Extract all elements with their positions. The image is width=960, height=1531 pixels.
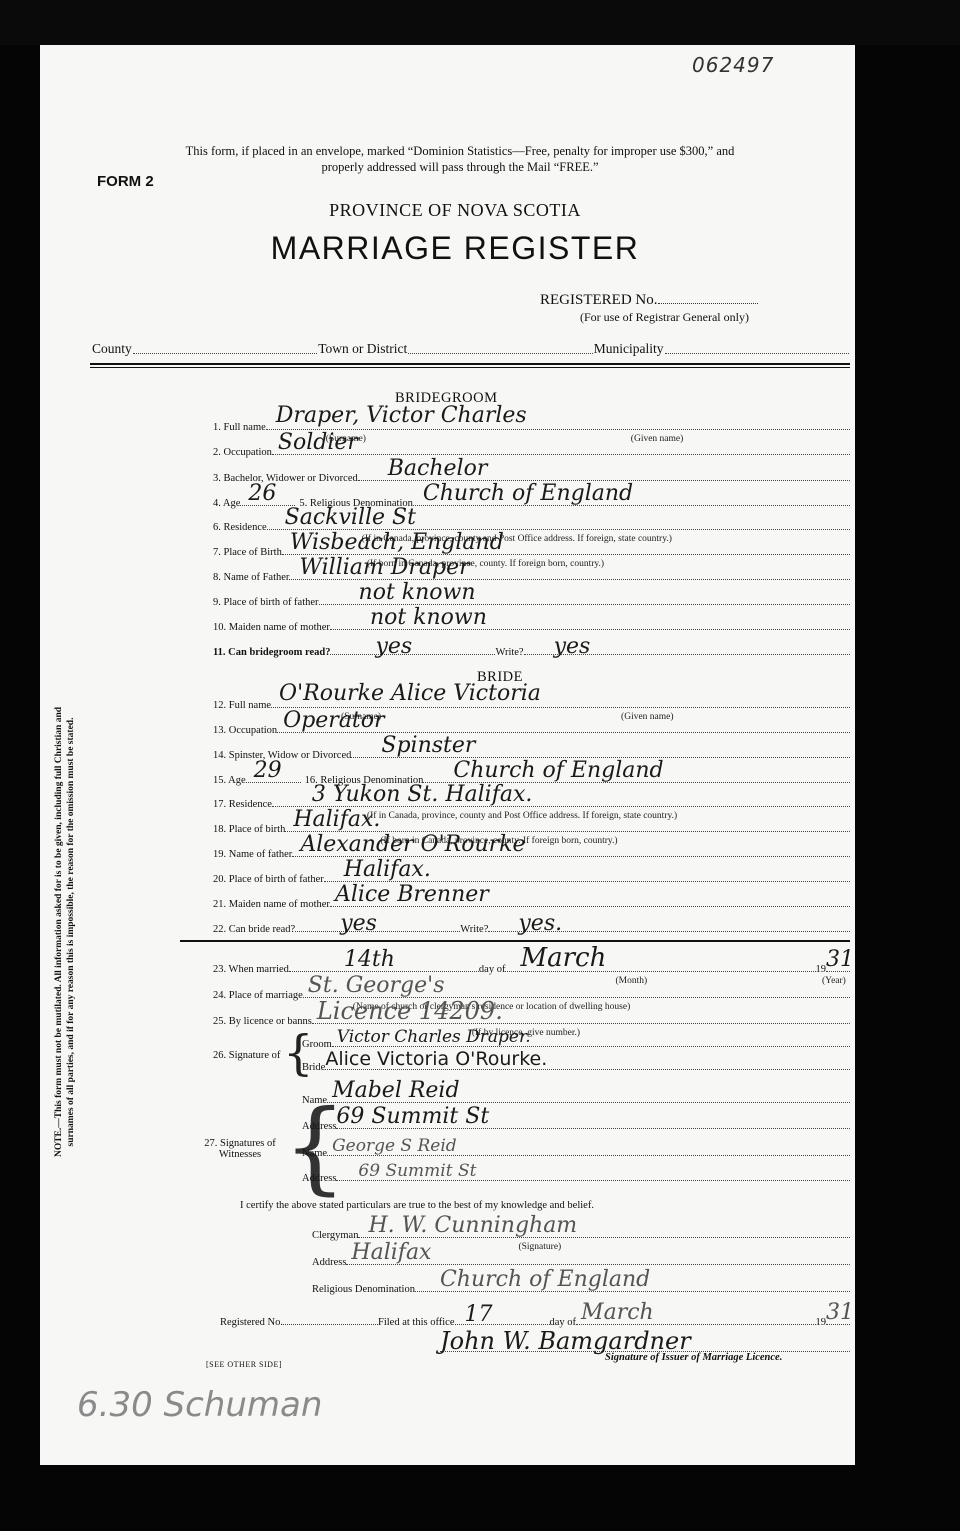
clergyman-signature-value: H. W. Cunningham xyxy=(368,1215,577,1237)
mail-notice-line1: This form, if placed in an envelope, mar… xyxy=(140,143,780,159)
groom-write-value: yes xyxy=(554,636,591,658)
groom-religion-blank[interactable]: Church of England xyxy=(413,505,850,506)
bride-status-value: Spinster xyxy=(381,735,475,757)
marriage-year-value: 31 xyxy=(826,949,854,971)
field-label: Address xyxy=(312,1257,346,1268)
clergyman-denomination-blank[interactable]: Church of England xyxy=(415,1291,850,1292)
filed-day-blank[interactable]: 17 xyxy=(455,1324,550,1325)
field-bride-occupation: 13. Occupation Operator xyxy=(213,718,850,736)
field-label: 4. Age xyxy=(213,498,240,509)
field-bride-literacy: 22. Can bride read? yes Write? yes. xyxy=(213,917,850,935)
field-label: 17. Residence xyxy=(213,799,272,810)
year-prefix: 19 xyxy=(816,1317,827,1328)
field-label: 24. Place of marriage xyxy=(213,990,303,1001)
field-clergyman-address: Address Halifax xyxy=(312,1250,850,1268)
filing-registered-blank[interactable] xyxy=(283,1324,378,1325)
witnesses-label-line1: 27. Signatures of xyxy=(190,1138,290,1149)
field-label: Name xyxy=(302,1148,327,1159)
bride-read-blank[interactable]: yes xyxy=(295,931,460,932)
registered-number-note: (For use of Registrar General only) xyxy=(580,310,749,325)
field-label: Bride xyxy=(302,1062,325,1073)
groom-occupation-blank[interactable]: Soldier xyxy=(272,454,850,455)
bride-write-value: yes. xyxy=(518,913,562,935)
field-label: 3. Bachelor, Widower or Divorced xyxy=(213,473,358,484)
field-label: Address xyxy=(302,1121,336,1132)
registered-number-field: REGISTERED No. xyxy=(540,292,758,309)
field-label: 8. Name of Father xyxy=(213,572,289,583)
field-label: 20. Place of birth of father xyxy=(213,874,324,885)
field-label: 10. Maiden name of mother xyxy=(213,622,330,633)
marriage-register-form: 062497 This form, if placed in an envelo… xyxy=(40,45,855,1465)
field-witness2-name: Name George S Reid xyxy=(302,1141,850,1159)
field-label: 6. Residence xyxy=(213,522,267,533)
divider xyxy=(90,367,850,368)
municipality-label: Municipality xyxy=(594,341,664,357)
groom-read-blank[interactable]: yes xyxy=(330,654,495,655)
marriage-month-value: March xyxy=(520,945,606,971)
municipality-blank[interactable] xyxy=(665,341,849,354)
field-label: 15. Age xyxy=(213,775,246,786)
bride-signature-value: Alice Victoria O'Rourke. xyxy=(325,1050,547,1069)
year-prefix: 19 xyxy=(816,964,827,975)
bride-religion-value: Church of England xyxy=(453,760,663,782)
town-label: Town or District xyxy=(318,341,407,357)
field-place-of-marriage: 24. Place of marriage St. George's (Name… xyxy=(213,983,850,1001)
bride-full-name-value: O'Rourke Alice Victoria xyxy=(279,683,541,705)
issuer-signature-caption: Signature of Issuer of Marriage Licence. xyxy=(605,1352,782,1363)
location-row: County Town or District Municipality xyxy=(92,341,850,357)
groom-father-value: William Draper xyxy=(299,557,469,579)
witnesses-label: 27. Signatures of Witnesses xyxy=(190,1138,290,1160)
licence-blank[interactable]: Licence 14209. (If by licence, give numb… xyxy=(312,1023,850,1024)
mail-notice-line2: properly addressed will pass through the… xyxy=(140,159,780,175)
mail-notice: This form, if placed in an envelope, mar… xyxy=(140,143,780,175)
filed-day-value: 17 xyxy=(465,1304,493,1326)
bride-mother-value: Alice Brenner xyxy=(335,884,489,906)
filed-month-value: March xyxy=(581,1302,654,1324)
field-bride-father: 19. Name of father Alexander O'Rourke xyxy=(213,842,850,860)
marriage-month-blank[interactable]: March (Month) xyxy=(505,971,815,972)
clergyman-address-value: Halifax xyxy=(351,1242,431,1264)
groom-birthplace-value: Wisbeach, England xyxy=(290,532,504,554)
field-label: 1. Full name xyxy=(213,422,266,433)
groom-mother-value: not known xyxy=(370,607,487,629)
field-label: Religious Denomination xyxy=(312,1284,415,1295)
bride-birthplace-value: Halifax. xyxy=(293,809,380,831)
clergyman-address-blank[interactable]: Halifax xyxy=(346,1264,850,1265)
bride-occupation-blank[interactable]: Operator xyxy=(277,732,850,733)
groom-residence-value: Sackville St xyxy=(285,507,416,529)
county-label: County xyxy=(92,341,132,357)
field-bride-father-birthplace: 20. Place of birth of father Halifax. xyxy=(213,867,850,885)
marriage-year-blank[interactable]: 31 (Year) xyxy=(826,971,850,972)
field-clergyman: Clergyman H. W. Cunningham (Signature) xyxy=(312,1223,850,1241)
form-number: FORM 2 xyxy=(97,173,154,190)
groom-father-birthplace-value: not known xyxy=(359,582,476,604)
field-label: 21. Maiden name of mother xyxy=(213,899,330,910)
field-label: 18. Place of birth xyxy=(213,824,285,835)
field-label: Name xyxy=(302,1095,327,1106)
page-title: MARRIAGE REGISTER xyxy=(40,230,870,267)
groom-write-blank[interactable]: yes xyxy=(524,654,850,655)
bride-father-birthplace-value: Halifax. xyxy=(344,859,431,881)
clergyman-signature-blank[interactable]: H. W. Cunningham (Signature) xyxy=(358,1237,850,1238)
field-label: 13. Occupation xyxy=(213,725,277,736)
bride-signature-blank[interactable]: Alice Victoria O'Rourke. xyxy=(325,1069,850,1070)
field-bride-signature: Bride Alice Victoria O'Rourke. xyxy=(302,1055,850,1073)
field-label: day of xyxy=(479,964,506,975)
field-label: 2. Occupation xyxy=(213,447,272,458)
witness1-name-blank[interactable]: Mabel Reid xyxy=(327,1102,850,1103)
field-label: 9. Place of birth of father xyxy=(213,597,319,608)
witness2-address-value: 69 Summit St xyxy=(358,1163,476,1180)
clergyman-denomination-value: Church of England xyxy=(440,1269,650,1291)
divider xyxy=(90,363,850,365)
witness2-name-value: George S Reid xyxy=(332,1138,457,1155)
groom-signature-value: Victor Charles Draper. xyxy=(337,1029,531,1046)
bride-write-blank[interactable]: yes. xyxy=(488,931,850,932)
witnesses-label-line2: Witnesses xyxy=(190,1149,290,1160)
signatures-label: 26. Signature of xyxy=(213,1050,280,1061)
field-label: Address xyxy=(302,1173,336,1184)
filed-year-blank[interactable]: 31 xyxy=(826,1324,850,1325)
scan-border-top xyxy=(0,0,960,45)
place-of-marriage-value: St. George's xyxy=(308,975,445,997)
field-label: Write? xyxy=(495,647,523,658)
groom-religion-value: Church of England xyxy=(423,483,633,505)
field-label: 12. Full name xyxy=(213,700,271,711)
issuer-signature-value: John W. Bamgardner xyxy=(440,1329,691,1353)
side-note-line2: surnames of all parties, and if for any … xyxy=(65,612,77,1252)
registered-number-blank[interactable] xyxy=(658,303,758,304)
field-groom-mother: 10. Maiden name of mother not known xyxy=(213,615,850,633)
bride-mother-blank[interactable]: Alice Brenner xyxy=(330,906,850,907)
marriage-day-blank[interactable]: 14th xyxy=(289,971,479,972)
field-witness1-address: Address 69 Summit St xyxy=(302,1114,850,1132)
field-groom-literacy: 11. Can bridegroom read? yes Write? yes xyxy=(213,640,850,658)
groom-status-value: Bachelor xyxy=(388,458,488,480)
groom-mother-blank[interactable]: not known xyxy=(330,629,850,630)
field-bride-mother: 21. Maiden name of mother Alice Brenner xyxy=(213,892,850,910)
see-other-side-note: [SEE OTHER SIDE] xyxy=(206,1360,282,1369)
witness2-name-blank[interactable]: George S Reid xyxy=(327,1155,850,1156)
town-blank[interactable] xyxy=(408,341,592,354)
field-label: 19. Name of father xyxy=(213,849,292,860)
groom-age-value: 26 xyxy=(248,483,276,505)
witness2-address-blank[interactable]: 69 Summit St xyxy=(336,1180,850,1181)
field-label: Write? xyxy=(460,924,488,935)
side-note: NOTE.—This form must not be mutilated. A… xyxy=(53,612,77,1252)
field-groom-father-birthplace: 9. Place of birth of father not known xyxy=(213,590,850,608)
witness1-address-blank[interactable]: 69 Summit St xyxy=(336,1128,850,1129)
pencil-annotation: 6.30 Schuman xyxy=(77,1385,322,1425)
certification-statement: I certify the above stated particulars a… xyxy=(240,1200,594,1211)
bride-residence-value: 3 Yukon St. Halifax. xyxy=(312,784,532,806)
bride-age-blank[interactable]: 29 xyxy=(246,782,301,783)
bride-occupation-value: Operator xyxy=(283,710,384,732)
field-label: 7. Place of Birth xyxy=(213,547,282,558)
bride-age-value: 29 xyxy=(254,760,282,782)
filed-year-value: 31 xyxy=(826,1302,854,1324)
licence-value: Licence 14209. xyxy=(317,999,503,1023)
field-label: 23. When married xyxy=(213,964,289,975)
groom-signature-blank[interactable]: Victor Charles Draper. xyxy=(332,1046,850,1047)
province-heading: PROVINCE OF NOVA SCOTIA xyxy=(40,200,870,221)
groom-read-value: yes xyxy=(375,636,412,658)
issuer-signature-blank[interactable]: John W. Bamgardner xyxy=(440,1335,850,1352)
groom-full-name-value: Draper, Victor Charles xyxy=(276,405,527,427)
witness1-name-value: Mabel Reid xyxy=(332,1080,459,1102)
county-blank[interactable] xyxy=(133,341,317,354)
field-label: 11. Can bridegroom read? xyxy=(213,647,330,658)
marriage-day-value: 14th xyxy=(344,949,395,971)
field-label: Registered No. xyxy=(220,1317,283,1328)
side-note-line1: NOTE.—This form must not be mutilated. A… xyxy=(53,612,65,1252)
serial-number: 062497 xyxy=(692,53,774,77)
field-label: 14. Spinster, Widow or Divorced xyxy=(213,750,351,761)
field-clergyman-denomination: Religious Denomination Church of England xyxy=(312,1277,850,1295)
registered-number-label: REGISTERED No. xyxy=(540,292,658,308)
field-groom-father: 8. Name of Father William Draper xyxy=(213,565,850,583)
field-witness2-address: Address 69 Summit St xyxy=(302,1166,850,1184)
field-groom-occupation: 2. Occupation Soldier xyxy=(213,440,850,458)
witness1-address-value: 69 Summit St xyxy=(336,1106,489,1128)
field-filing: Registered No. Filed at this office 17 d… xyxy=(220,1310,850,1328)
bride-father-value: Alexander O'Rourke xyxy=(300,834,525,856)
groom-occupation-value: Soldier xyxy=(278,432,358,454)
field-label: 22. Can bride read? xyxy=(213,924,295,935)
bride-read-value: yes xyxy=(340,913,377,935)
filed-month-blank[interactable]: March xyxy=(576,1324,815,1325)
divider xyxy=(180,940,850,942)
